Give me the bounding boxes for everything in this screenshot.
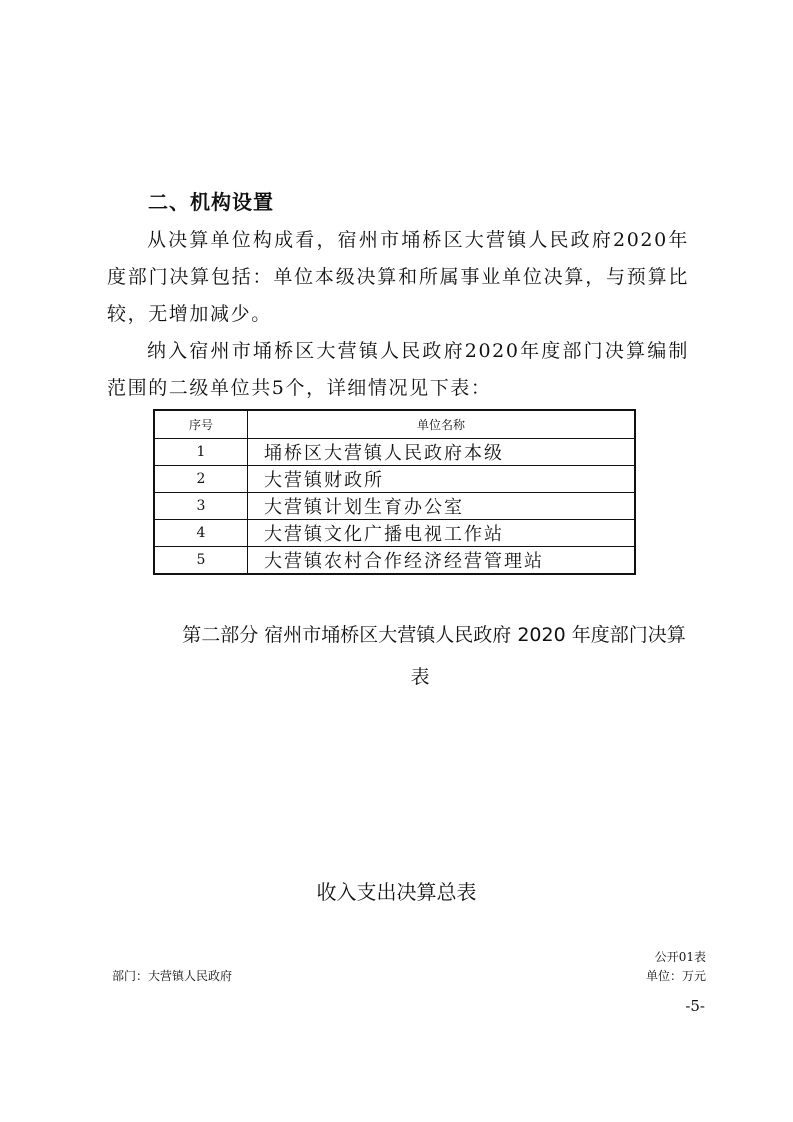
- row-name: 大营镇财政所: [248, 466, 636, 493]
- row-no: 4: [154, 520, 248, 547]
- unit-label: 单位：万元: [646, 967, 706, 984]
- row-no: 3: [154, 493, 248, 520]
- page-number: -5-: [685, 997, 705, 1015]
- table-row: 5 大营镇农村合作经济经营管理站: [154, 547, 635, 575]
- units-table: 序号 单位名称 1 埇桥区大营镇人民政府本级 2 大营镇财政所 3 大营镇计划生…: [153, 409, 636, 575]
- table-row: 1 埇桥区大营镇人民政府本级: [154, 439, 635, 466]
- part-two-title-line2: 表: [410, 666, 429, 688]
- row-name: 大营镇计划生育办公室: [248, 493, 636, 520]
- header-no: 序号: [154, 410, 248, 439]
- row-name: 大营镇文化广播电视工作站: [248, 520, 636, 547]
- table-header-row: 序号 单位名称: [154, 410, 635, 439]
- row-no: 2: [154, 466, 248, 493]
- summary-table-title: 收入支出决算总表: [0, 876, 793, 905]
- table-row: 4 大营镇文化广播电视工作站: [154, 520, 635, 547]
- row-no: 1: [154, 439, 248, 466]
- paragraph-units: 纳入宿州市埇桥区大营镇人民政府2020年度部门决算编制范围的二级单位共5个，详细…: [107, 333, 689, 407]
- form-number: 公开01表: [655, 948, 706, 965]
- row-no: 5: [154, 547, 248, 575]
- row-name: 大营镇农村合作经济经营管理站: [248, 547, 636, 575]
- part-two-title-line1: 第二部分 宿州市埇桥区大营镇人民政府 2020 年度部门决算: [100, 614, 740, 656]
- header-name: 单位名称: [248, 410, 636, 439]
- table-row: 2 大营镇财政所: [154, 466, 635, 493]
- section-heading: 二、机构设置: [148, 186, 274, 215]
- table-row: 3 大营镇计划生育办公室: [154, 493, 635, 520]
- row-name: 埇桥区大营镇人民政府本级: [248, 439, 636, 466]
- part-two-title: 第二部分 宿州市埇桥区大营镇人民政府 2020 年度部门决算 表: [100, 614, 740, 698]
- department-label: 部门：大营镇人民政府: [112, 967, 232, 984]
- paragraph-scope: 从决算单位构成看，宿州市埇桥区大营镇人民政府2020年度部门决算包括：单位本级决…: [107, 222, 689, 333]
